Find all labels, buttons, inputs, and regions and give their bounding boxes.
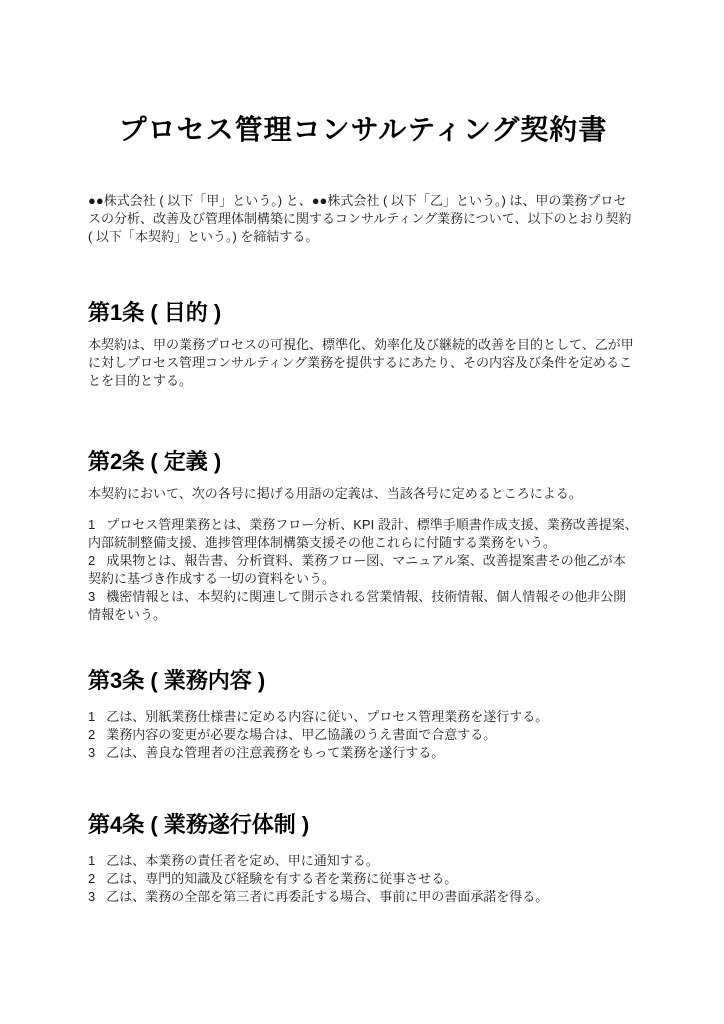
document-title: プロセス管理コンサルティング契約書 <box>88 112 638 148</box>
clause-number: 3 <box>88 889 95 904</box>
clause-text: 乙は、別紙業務仕様書に定める内容に従い、プロセス管理業務を遂行する。 <box>106 709 548 724</box>
clause-number: 1 <box>88 517 95 532</box>
clause-item: 3乙は、善良な管理者の注意義務をもって業務を遂行する。 <box>88 744 638 762</box>
clause-text: 成果物とは、報告書、分析資料、業務フロー図、マニュアル案、改善提案書その他乙が本… <box>88 553 626 586</box>
clause-text: 乙は、専門的知識及び経験を有する者を業務に従事させる。 <box>106 871 457 886</box>
preamble-paragraph: ●●株式会社 ( 以下「甲」という。) と、●●株式会社 ( 以下「乙」という。… <box>88 192 638 246</box>
article-1-heading: 第1条 ( 目的 ) <box>88 298 638 328</box>
clause-item: 3機密情報とは、本契約に関連して開示される営業情報、技術情報、個人情報その他非公… <box>88 588 638 624</box>
article-1-body: 本契約は、甲の業務プロセスの可視化、標準化、効率化及び継続的改善を目的として、乙… <box>88 336 638 390</box>
article-1-purpose: 第1条 ( 目的 ) 本契約は、甲の業務プロセスの可視化、標準化、効率化及び継続… <box>88 298 638 390</box>
article-4-execution-structure: 第4条 ( 業務遂行体制 ) 1乙は、本業務の責任者を定め、甲に通知する。 2乙… <box>88 810 638 906</box>
clause-number: 3 <box>88 589 95 604</box>
clause-text: 乙は、善良な管理者の注意義務をもって業務を遂行する。 <box>106 745 444 760</box>
clause-item: 1プロセス管理業務とは、業務フロー分析、KPI 設計、標準手順書作成支援、業務改… <box>88 516 638 552</box>
clause-item: 1乙は、別紙業務仕様書に定める内容に従い、プロセス管理業務を遂行する。 <box>88 708 638 726</box>
clause-text: プロセス管理業務とは、業務フロー分析、KPI 設計、標準手順書作成支援、業務改善… <box>88 517 638 550</box>
clause-text: 乙は、業務の全部を第三者に再委託する場合、事前に甲の書面承諾を得る。 <box>106 889 548 904</box>
clause-text: 機密情報とは、本契約に関連して開示される営業情報、技術情報、個人情報その他非公開… <box>88 589 626 622</box>
clause-number: 1 <box>88 853 95 868</box>
clause-number: 1 <box>88 709 95 724</box>
clause-item: 2成果物とは、報告書、分析資料、業務フロー図、マニュアル案、改善提案書その他乙が… <box>88 552 638 588</box>
clause-item: 3乙は、業務の全部を第三者に再委託する場合、事前に甲の書面承諾を得る。 <box>88 888 638 906</box>
article-2-heading: 第2条 ( 定義 ) <box>88 447 638 477</box>
clause-number: 2 <box>88 871 95 886</box>
article-3-items: 1乙は、別紙業務仕様書に定める内容に従い、プロセス管理業務を遂行する。 2業務内… <box>88 708 638 762</box>
clause-text: 業務内容の変更が必要な場合は、甲乙協議のうえ書面で合意する。 <box>106 727 496 742</box>
clause-item: 1乙は、本業務の責任者を定め、甲に通知する。 <box>88 852 638 870</box>
clause-text: 乙は、本業務の責任者を定め、甲に通知する。 <box>106 853 378 868</box>
clause-number: 2 <box>88 553 95 568</box>
contract-document-page: プロセス管理コンサルティング契約書 ●●株式会社 ( 以下「甲」という。) と、… <box>0 0 724 1024</box>
article-2-items: 1プロセス管理業務とは、業務フロー分析、KPI 設計、標準手順書作成支援、業務改… <box>88 516 638 624</box>
clause-number: 3 <box>88 745 95 760</box>
article-2-lead: 本契約において、次の各号に掲げる用語の定義は、当該各号に定めるところによる。 <box>88 485 638 503</box>
article-2-definitions: 第2条 ( 定義 ) 本契約において、次の各号に掲げる用語の定義は、当該各号に定… <box>88 447 638 624</box>
article-3-heading: 第3条 ( 業務内容 ) <box>88 666 638 696</box>
clause-item: 2業務内容の変更が必要な場合は、甲乙協議のうえ書面で合意する。 <box>88 726 638 744</box>
article-3-scope-of-work: 第3条 ( 業務内容 ) 1乙は、別紙業務仕様書に定める内容に従い、プロセス管理… <box>88 666 638 762</box>
article-4-heading: 第4条 ( 業務遂行体制 ) <box>88 810 638 840</box>
article-4-items: 1乙は、本業務の責任者を定め、甲に通知する。 2乙は、専門的知識及び経験を有する… <box>88 852 638 906</box>
clause-item: 2乙は、専門的知識及び経験を有する者を業務に従事させる。 <box>88 870 638 888</box>
clause-number: 2 <box>88 727 95 742</box>
